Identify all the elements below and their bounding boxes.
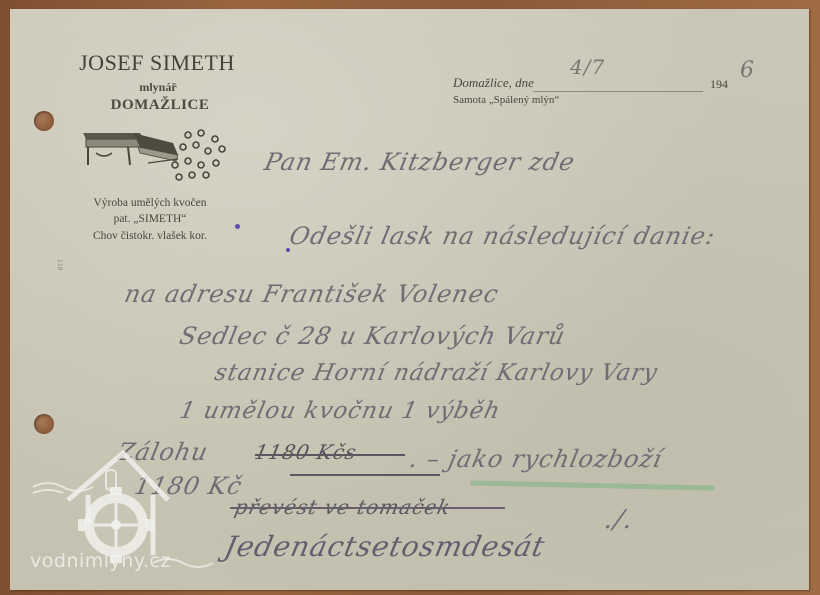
handwriting-line-station: stanice Horní nádraží Karlovy Vary — [212, 360, 660, 386]
handwriting-line-address-street: Sedlec č 28 u Karlových Varů — [177, 322, 568, 350]
letterhead-line-patent: pat. „SIMETH“ — [55, 213, 245, 225]
punch-hole-bottom — [34, 414, 54, 434]
punch-hole-top — [34, 111, 54, 131]
watermark-text: vodnimlyny.cz — [30, 550, 171, 572]
handwriting-line-express: . – jako rychlozboží — [407, 445, 665, 473]
ink-dot — [235, 224, 240, 229]
date-underline — [533, 91, 703, 92]
handwriting-line-recipient: Pan Em. Kitzberger zde — [262, 148, 578, 176]
handwriting-line-struck-amount: 1180 Kčs — [252, 440, 359, 464]
handwriting-line-instruction: Odešli lask na následující danie: — [287, 222, 718, 250]
incubator-with-chicks-icon — [78, 125, 228, 185]
strikethrough — [230, 507, 505, 509]
handwritten-date: 4/7 — [570, 55, 605, 79]
letterhead-name: JOSEF SIMETH — [57, 50, 257, 76]
handwriting-line-items: 1 umělou kvočnu 1 výběh — [177, 398, 503, 424]
letterhead-trade: mlynář — [108, 80, 208, 95]
print-mark: 118 — [56, 259, 63, 270]
handwriting-line-address-name: na adresu František Volenec — [122, 280, 502, 308]
handwriting-line-amount-words: Jedenáctsetosmdesát — [221, 530, 548, 563]
underline — [290, 474, 440, 476]
handwritten-year-suffix: 6 — [740, 58, 755, 83]
strikethrough — [255, 454, 405, 456]
letterhead-city: DOMAŽLICE — [90, 97, 230, 114]
letterhead-line-breeding: Chov čistokr. vlašek kor. — [55, 230, 245, 242]
date-subline: Samota „Spálený mlýn“ — [453, 94, 559, 106]
date-label: Domažlice, dne — [453, 75, 534, 91]
letterhead-line-production: Výroba umělých kvočen — [55, 197, 245, 209]
date-year-prefix: 194 — [710, 77, 728, 92]
